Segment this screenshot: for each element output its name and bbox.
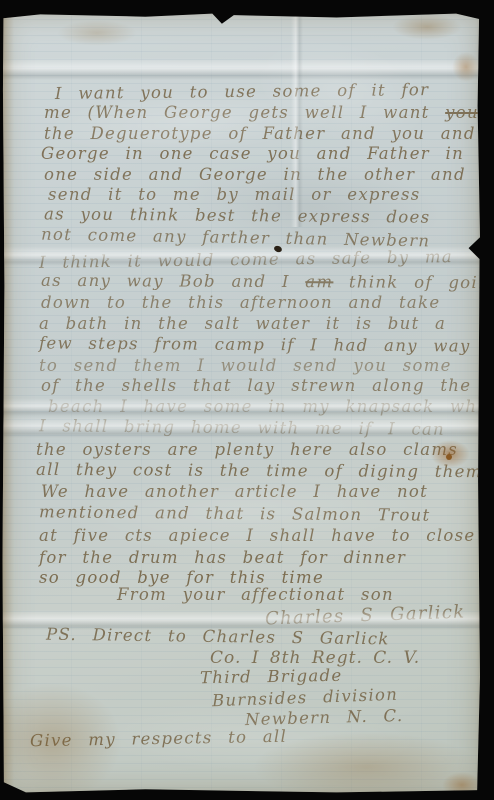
fold-crease [2, 610, 480, 630]
stain [57, 20, 137, 46]
letter-line-text: to send them I would send you some [39, 356, 452, 375]
letter-line-text: a bath in the salt water it is but a [39, 314, 446, 333]
letter-line-text: down to the this afternoon and take [41, 293, 440, 312]
struck-word: am [305, 272, 333, 291]
fold-crease [2, 398, 480, 416]
letter-line: for the drum has beat for dinner [39, 550, 406, 567]
letter-line-text: From your affectionat son [117, 585, 394, 604]
letter-line: a bath in the salt water it is but a [39, 316, 446, 333]
letter-line: as any way Bob and I am think of going [41, 273, 494, 292]
aged-left-edge [2, 12, 14, 794]
letter-line: Third Brigade [200, 668, 343, 687]
stain [442, 772, 482, 798]
letter-line-text: think of going [333, 272, 494, 292]
letter-line: to send them I would send you some [39, 358, 452, 375]
fold-crease [2, 416, 480, 438]
rust-speck [446, 454, 452, 460]
struck-word: your [445, 103, 488, 122]
letter-line: the oysters are plenty here also clams [36, 442, 458, 459]
letter-photo: I want you to use some of it forme (When… [0, 0, 494, 800]
letter-line: down to the this afternoon and take [41, 295, 440, 312]
letter-line-text: Co. I 8th Regt. C. V. [210, 648, 420, 668]
letter-line-text: as any way Bob and I [41, 271, 305, 291]
stain [452, 52, 480, 82]
letter-line: of the shells that lay strewn along the [41, 378, 471, 395]
letter-line-text: few steps from camp if I had any way [39, 333, 471, 355]
fold-crease [2, 246, 480, 266]
letter-line: From your affectionat son [117, 587, 394, 604]
letter-line: Co. I 8th Regt. C. V. [210, 650, 420, 667]
letter-line-text: the oysters are plenty here also clams [36, 440, 458, 459]
letter-line-text: of the shells that lay strewn along the [41, 376, 471, 395]
letter-paper: I want you to use some of it forme (When… [2, 12, 480, 794]
stain [392, 14, 462, 40]
letter-line-text: Third Brigade [200, 666, 343, 687]
letter-line: few steps from camp if I had any way [39, 335, 471, 355]
